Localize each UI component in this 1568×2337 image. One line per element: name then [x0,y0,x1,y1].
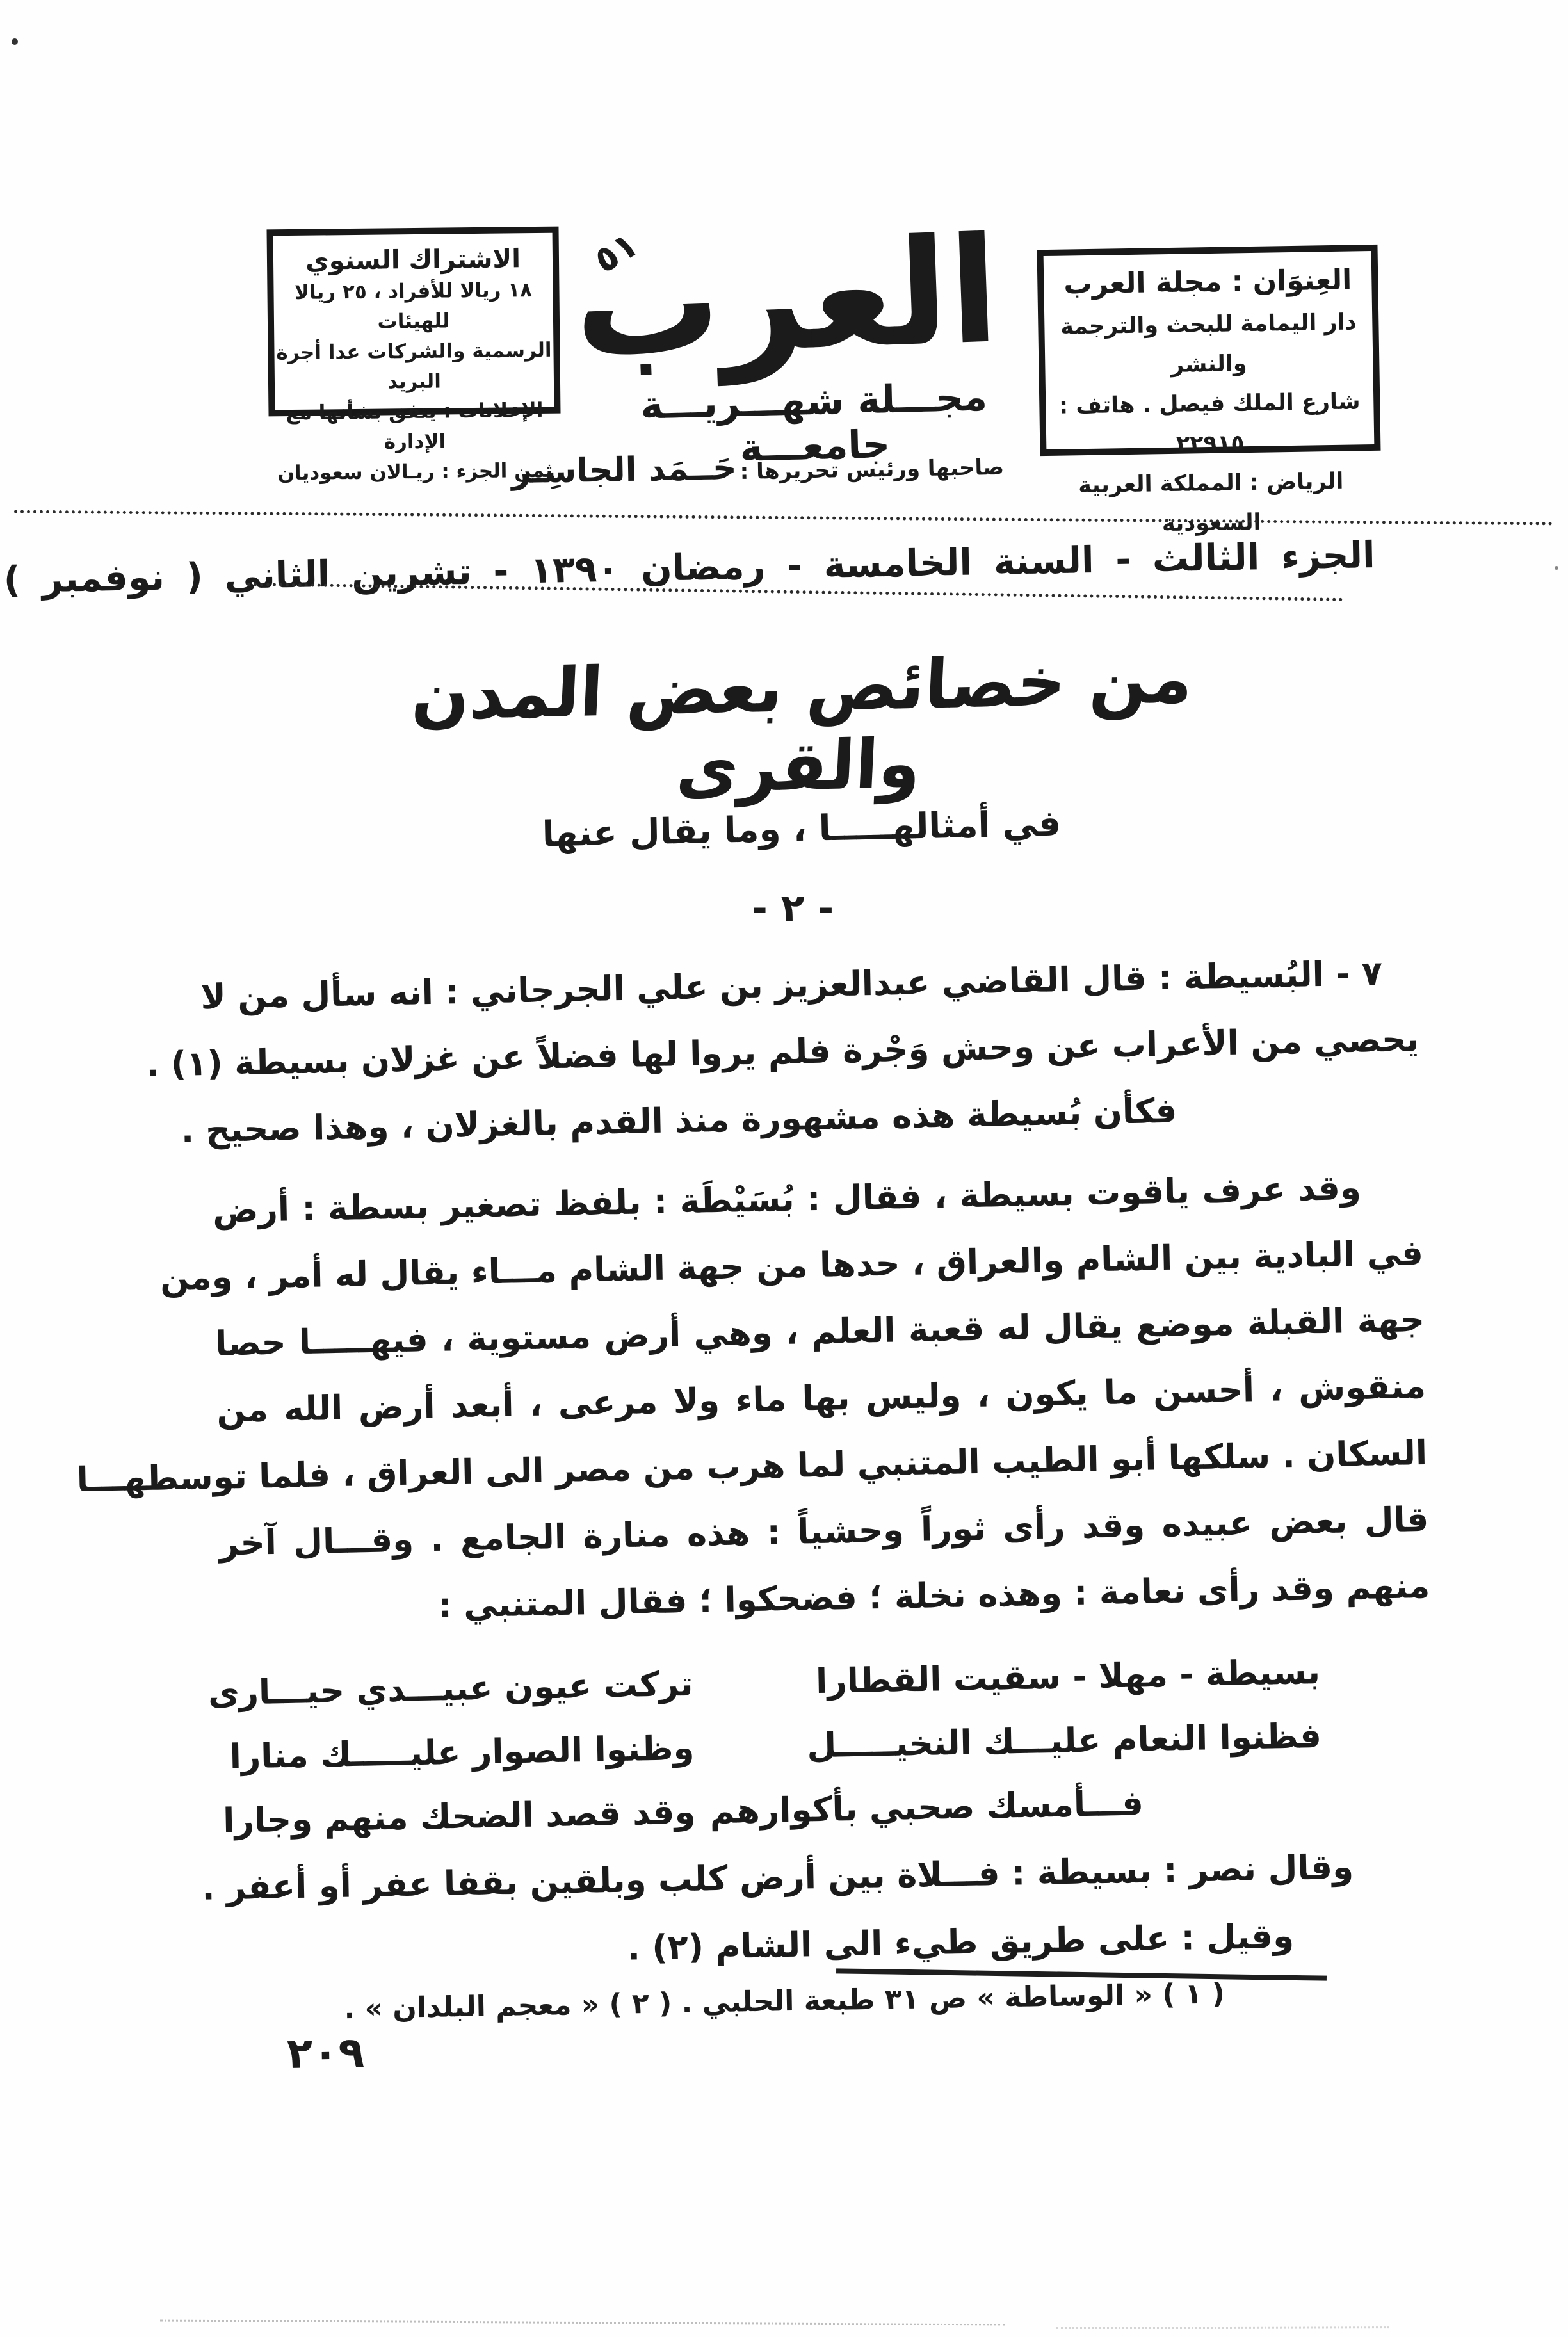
scan-speck [12,38,18,45]
address-box-line: الرياض : المملكة العربية السعودية [1047,461,1376,546]
scan-speck [1555,566,1558,570]
subscription-box-line: الرسمية والشركات عدا أجرة البريد [274,336,554,399]
hemistich-right: فـــأمسك صحبي بأكوارهم [727,1768,1323,1844]
editor-line-prefix: صاحبها ورئيس تحريرها : [740,455,1004,485]
article-subtitle: في أمثالهـــــا ، وما يقال عنها [526,802,1077,855]
address-box-title: العِنوَان : مجلة العرب [1044,257,1372,307]
scan-noise [160,2320,1005,2326]
magazine-title: العرب [638,210,1001,383]
hemistich-left: وقد قصد الضحك منهم وجارا [241,1781,696,1854]
scan-noise [1056,2326,1389,2329]
closing-paragraphs: وقال نصر : بسيطة : فـــلاة بين أرض كلب و… [207,1832,1419,1991]
article-body: ٧ - البُسيطة : قال القاضي عبدالعزيز بن ع… [207,940,1430,1644]
hemistich-right: فظنوا النعام عليـــك النخيـــــل [726,1704,1322,1780]
article-part-number: - ٢ - [703,886,882,931]
editor-name: حَــمَد الجاسِـر [511,449,737,491]
page-number: ٢٠٩ [286,2028,364,2078]
footnote: ( ١ ) « الوساطة » ص ٣١ طبعة الحلبي . ( ٢… [511,1977,1225,2022]
subscription-box-line: ١٨ ريالا للأفراد ، ٢٥ ريالا للهيئات [273,275,553,339]
subscription-box-title: الاشتراك السنوي [273,242,553,279]
address-box: العِنوَان : مجلة العرب دار اليمامة للبحث… [1037,245,1381,456]
hemistich-right: بسيطة - مهلا - سقيت القطارا [725,1640,1321,1716]
article-title: من خصائص بعض المدن والقرى [393,639,1207,815]
editor-line: صاحبها ورئيس تحريرها : حَــمَد الجاسِـر [549,444,1005,490]
address-box-line: شارع الملك فيصل . هاتف : ٢٢٩١٥ [1046,382,1375,466]
address-box-line: دار اليمامة للبحث والترجمة والنشر [1044,302,1373,387]
subscription-box: الاشتراك السنوي ١٨ ريالا للأفراد ، ٢٥ ري… [266,227,560,417]
scanned-magazine-page: { "page": { "page_number": "٢٠٩" }, "hea… [0,0,1568,2337]
hemistich-left: وظنوا الصوار عليـــــك منارا [239,1717,695,1790]
poem: بسيطة - مهلا - سقيت القطارا تركت عيون عب… [238,1640,1323,1853]
subscription-box-line: الإعلانات : يتفق بشأنها مع الإدارة [275,396,554,459]
hemistich-left: تركت عيون عبيـــدي حيـــارى [238,1653,693,1726]
